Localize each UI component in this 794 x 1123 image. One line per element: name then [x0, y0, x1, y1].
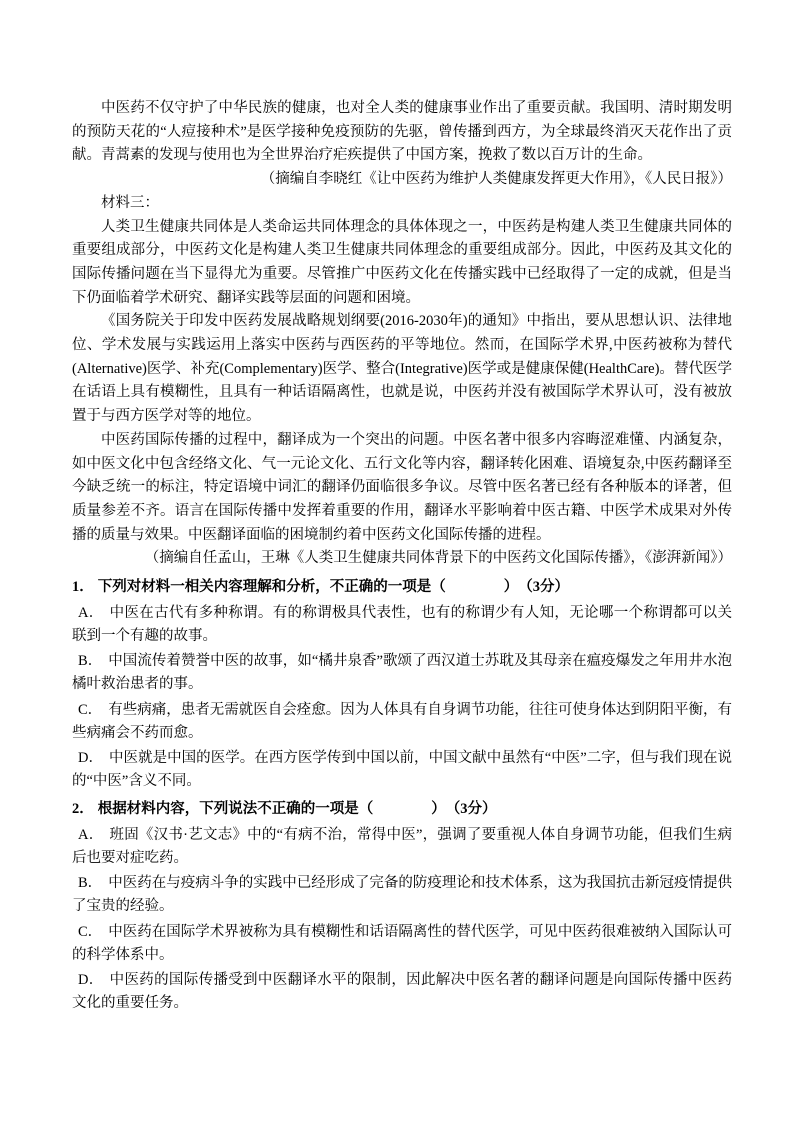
question-2-option-b: B．中医药在与疫病斗争的实践中已经形成了完备的防疫理论和技术体系，这为我国抗击新…: [72, 872, 732, 918]
material-two-paragraph: 中医药不仅守护了中华民族的健康，也对全人类的健康事业作出了重要贡献。我国明、清时…: [72, 97, 732, 168]
option-c-text: 中医药在国际学术界被称为具有模糊性和话语隔离性的替代医学，可见中医药很难被纳入国…: [72, 924, 732, 963]
option-c-label: C．: [78, 702, 102, 718]
option-d-text: 中医药的国际传播受到中医翻译水平的限制，因此解决中医名著的翻译问题是向国际传播中…: [72, 972, 732, 1011]
option-d-label: D．: [78, 750, 103, 766]
question-1-number: 1．: [72, 579, 94, 595]
option-a-label: A．: [78, 605, 104, 621]
question-2: 2．根据材料内容，下列说法不正确的一项是（ ） （3分） A．班固《汉书·艺文志…: [72, 798, 732, 1015]
material-three-paragraph-2: 《国务院关于印发中医药发展战略规划纲要(2016-2030年)的通知》中指出，要…: [72, 310, 732, 429]
question-1-option-d: D．中医就是中国的医学。在西方医学传到中国以前，中国文献中虽然有“中医”二字，但…: [72, 747, 732, 793]
question-2-stem: 2．根据材料内容，下列说法不正确的一项是（ ） （3分）: [72, 798, 732, 821]
material-three-paragraph-3: 中医药国际传播的过程中，翻译成为一个突出的问题。中医名著中很多内容晦涩难懂、内涵…: [72, 429, 732, 548]
material-three-paragraph-1: 人类卫生健康共同体是人类命运共同体理念的具体体现之一，中医药是构建人类卫生健康共…: [72, 216, 732, 311]
question-2-option-a: A．班固《汉书·艺文志》中的“有病不治，常得中医”，强调了要重视人体自身调节功能…: [72, 824, 732, 870]
question-1: 1．下列对材料一相关内容理解和分析，不正确的一项是（ ） （3分） A．中医在古…: [72, 576, 732, 793]
option-d-text: 中医就是中国的医学。在西方医学传到中国以前，中国文献中虽然有“中医”二字，但与我…: [72, 750, 732, 789]
option-c-text: 有些病痛，患者无需就医自会痊愈。因为人体具有自身调节功能，往往可使身体达到阴阳平…: [72, 702, 732, 741]
material-two-attribution: （摘编自李晓红《让中医药为维护人类健康发挥更大作用》，《人民日报》）: [72, 168, 732, 192]
option-b-text: 中医药在与疫病斗争的实践中已经形成了完备的防疫理论和技术体系，这为我国抗击新冠疫…: [72, 875, 732, 914]
question-2-option-c: C．中医药在国际学术界被称为具有模糊性和话语隔离性的替代医学，可见中医药很难被纳…: [72, 921, 732, 967]
option-b-text: 中国流传着赞誉中医的故事，如“橘井泉香”歌颂了西汉道士苏耽及其母亲在瘟疫爆发之年…: [72, 653, 732, 692]
material-three-attribution: （摘编自任孟山，王琳《人类卫生健康共同体背景下的中医药文化国际传播》，《澎湃新闻…: [72, 547, 732, 571]
option-b-label: B．: [78, 875, 102, 891]
option-b-label: B．: [78, 653, 102, 669]
question-1-option-a: A．中医在古代有多种称谓。有的称谓极具代表性，也有的称谓少有人知，无论哪一个称谓…: [72, 602, 732, 648]
material-three-label: 材料三：: [72, 192, 732, 216]
question-1-option-c: C．有些病痛，患者无需就医自会痊愈。因为人体具有自身调节功能，往往可使身体达到阴…: [72, 699, 732, 745]
question-1-stem: 1．下列对材料一相关内容理解和分析，不正确的一项是（ ） （3分）: [72, 576, 732, 599]
option-a-label: A．: [78, 827, 103, 843]
question-2-option-d: D．中医药的国际传播受到中医翻译水平的限制，因此解决中医名著的翻译问题是向国际传…: [72, 969, 732, 1015]
option-d-label: D．: [78, 972, 104, 988]
exam-document-page: 中医药不仅守护了中华民族的健康，也对全人类的健康事业作出了重要贡献。我国明、清时…: [0, 0, 794, 1123]
option-a-text: 班固《汉书·艺文志》中的“有病不治，常得中医”，强调了要重视人体自身调节功能，但…: [72, 827, 732, 866]
option-c-label: C．: [78, 924, 102, 940]
question-2-stem-text: 根据材料内容，下列说法不正确的一项是（ ） （3分）: [98, 801, 497, 817]
question-2-number: 2．: [72, 801, 94, 817]
question-1-option-b: B．中国流传着赞誉中医的故事，如“橘井泉香”歌颂了西汉道士苏耽及其母亲在瘟疫爆发…: [72, 650, 732, 696]
option-a-text: 中医在古代有多种称谓。有的称谓极具代表性，也有的称谓少有人知，无论哪一个称谓都可…: [72, 605, 732, 644]
question-1-stem-text: 下列对材料一相关内容理解和分析，不正确的一项是（ ） （3分）: [98, 579, 569, 595]
